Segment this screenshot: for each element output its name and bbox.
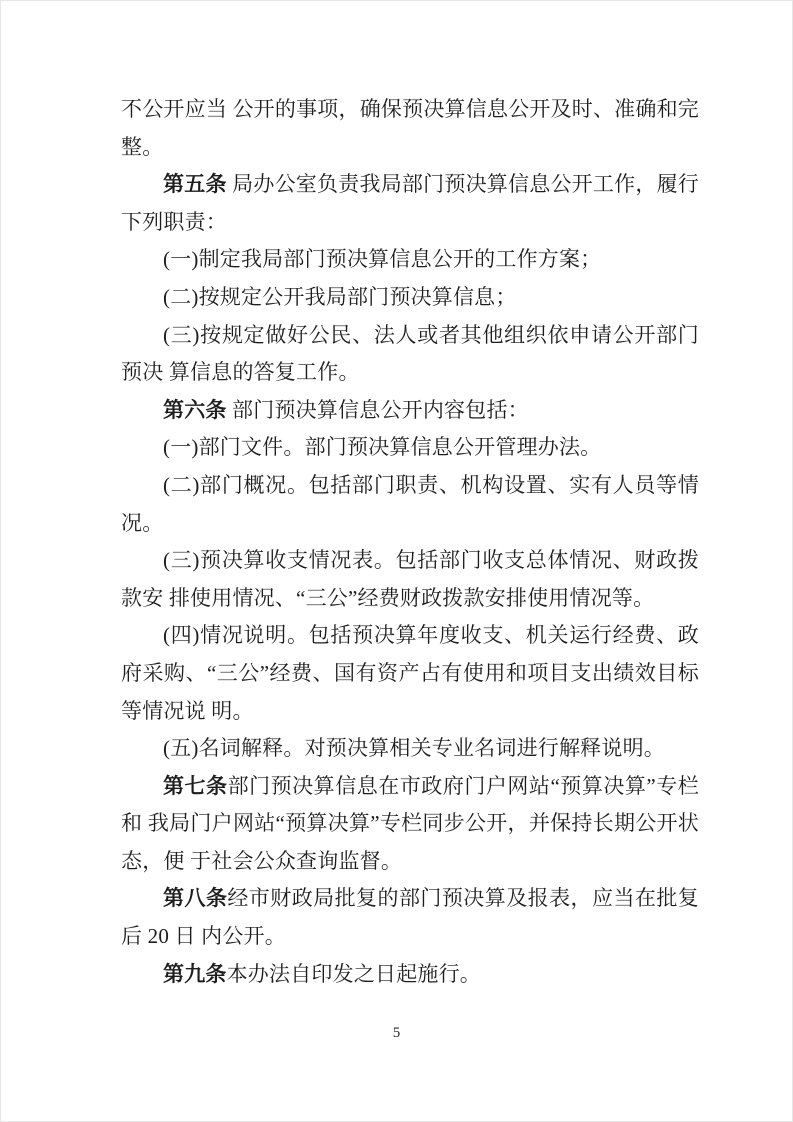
paragraph: (二)按规定公开我局部门预决算信息； [121, 279, 699, 317]
page-number: 5 [393, 1025, 401, 1041]
article-number: 第九条 [163, 962, 227, 986]
paragraph: (二)部门概况。包括部门职责、机构设置、实有人员等情况。 [121, 467, 699, 542]
paragraph: 第五条 局办公室负责我局部门预决算信息公开工作，履行下列职责： [121, 166, 699, 241]
paragraph: (一)部门文件。部门预决算信息公开管理办法。 [121, 429, 699, 467]
paragraph: 第六条 部门预决算信息公开内容包括： [121, 392, 699, 430]
paragraph: (三)按规定做好公民、法人或者其他组织依申请公开部门预决 算信息的答复工作。 [121, 317, 699, 392]
article-number: 第六条 [163, 398, 227, 422]
paragraph: 第九条本办法自印发之日起施行。 [121, 956, 699, 994]
paragraph: (三)预决算收支情况表。包括部门收支总体情况、财政拨款安 排使用情况、“三公”经… [121, 542, 699, 617]
article-number: 第八条 [163, 886, 227, 910]
article-number: 第七条 [163, 774, 228, 798]
document-body: 不公开应当 公开的事项，确保预决算信息公开及时、准确和完整。第五条 局办公室负责… [121, 91, 699, 993]
paragraph: 第七条部门预决算信息在市政府门户网站“预算决算”专栏和 我局门户网站“预算决算”… [121, 768, 699, 881]
paragraph: 第八条经市财政局批复的部门预决算及报表，应当在批复后 20 日 内公开。 [121, 880, 699, 955]
paragraph: (四)情况说明。包括预决算年度收支、机关运行经费、政府采购、“三公”经费、国有资… [121, 617, 699, 730]
article-number: 第五条 [163, 172, 227, 196]
paragraph: 不公开应当 公开的事项，确保预决算信息公开及时、准确和完整。 [121, 91, 699, 166]
document-page: 不公开应当 公开的事项，确保预决算信息公开及时、准确和完整。第五条 局办公室负责… [0, 0, 793, 1122]
paragraph: (五)名词解释。对预决算相关专业名词进行解释说明。 [121, 730, 699, 768]
page-footer: 5 [1, 1025, 792, 1042]
paragraph: (一)制定我局部门预决算信息公开的工作方案； [121, 241, 699, 279]
